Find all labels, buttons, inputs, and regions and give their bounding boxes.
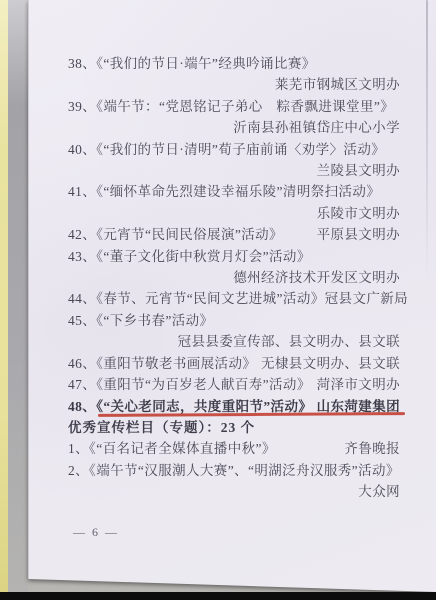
entry-title: 44、《春节、元宵节“民间文艺进城”活动》 <box>68 288 325 309</box>
section-heading: 优秀宣传栏目（专题）：23 个 <box>68 417 400 438</box>
list-entry: 39、《端午节：“党恩铭记子弟心 粽香飘进课堂里”》 沂南县孙祖镇岱庄中心小学 <box>68 96 400 139</box>
list-entry: 47、《重阳节“为百岁老人献百寿”活动》 菏泽市文明办 <box>68 374 400 395</box>
entry-title: 40、《“我们的节日·清明”荀子庙前诵〈劝学〉活动》 <box>68 142 385 157</box>
entry-organization: 齐鲁晚报 <box>344 438 400 459</box>
list-entry: 44、《春节、元宵节“民间文艺进城”活动》 冠县文广新局 <box>68 288 400 309</box>
list-entry: 1、《“百名记者全媒体直播中秋”》 齐鲁晚报 <box>68 438 400 459</box>
list-entry: 42、《元宵节“民间民俗展演”活动》 平原县文明办 <box>68 224 400 245</box>
entry-title: 43、《“董子文化街中秋赏月灯会”活动》 <box>68 249 311 264</box>
entry-organization: 乐陵市文明办 <box>317 206 400 221</box>
entry-organization: 德州经济技术开发区文明办 <box>233 270 400 285</box>
entry-organization: 冠县文广新局 <box>325 288 408 309</box>
entry-organization: 大众网 <box>358 484 400 499</box>
list-entry: 38、《“我们的节日·端午”经典吟诵比赛》 莱芜市钢城区文明办 <box>68 53 400 96</box>
scan-gutter-gray-strip <box>8 0 28 592</box>
paper-fold-edge <box>426 0 428 280</box>
paper-sheet-wrap: 38、《“我们的节日·端午”经典吟诵比赛》 莱芜市钢城区文明办 39、《端午节：… <box>28 0 436 592</box>
list-entry: 46、《重阳节敬老书画展活动》 无棣县文明办、县文联 <box>68 353 400 374</box>
entry-organization: 冠县县委宣传部、县文明办、县文联 <box>178 334 400 349</box>
list-entry: 2、《端午节“汉服潮人大赛”、“明湖泛舟汉服秀”活动》 大众网 <box>68 460 400 503</box>
list-entry: 40、《“我们的节日·清明”荀子庙前诵〈劝学〉活动》 兰陵县文明办 <box>68 139 400 182</box>
entry-title: 42、《元宵节“民间民俗展演”活动》 <box>68 224 283 245</box>
paper-sheet: 38、《“我们的节日·端午”经典吟诵比赛》 莱芜市钢城区文明办 39、《端午节：… <box>28 0 436 592</box>
scanned-document-page: 38、《“我们的节日·端午”经典吟诵比赛》 莱芜市钢城区文明办 39、《端午节：… <box>0 0 436 600</box>
entry-title: 2、《端午节“汉服潮人大赛”、“明湖泛舟汉服秀”活动》 <box>68 463 400 478</box>
entry-title: 38、《“我们的节日·端午”经典吟诵比赛》 <box>68 56 316 71</box>
entry-organization: 沂南县孙祖镇岱庄中心小学 <box>233 120 400 135</box>
scan-bottom-black-edge <box>0 592 436 600</box>
entry-organization: 无棣县文明办、县文联 <box>261 353 400 374</box>
entry-organization: 莱芜市钢城区文明办 <box>275 77 400 92</box>
entry-organization: 兰陵县文明办 <box>317 163 400 178</box>
entry-title: 45、《“下乡书春”活动》 <box>68 313 213 328</box>
list-entry: 41、《“缅怀革命先烈建设幸福乐陵”清明祭扫活动》 乐陵市文明办 <box>68 181 400 224</box>
entry-title: 1、《“百名记者全媒体直播中秋”》 <box>68 438 276 459</box>
list-entry: 48、《“关心老同志，共度重阳节”活动》 山东菏建集团 <box>68 396 400 417</box>
scan-gutter-yellow-strip <box>0 0 8 592</box>
document-content: 38、《“我们的节日·端午”经典吟诵比赛》 莱芜市钢城区文明办 39、《端午节：… <box>68 53 400 543</box>
entry-title: 47、《重阳节“为百岁老人献百寿”活动》 <box>68 374 311 395</box>
entry-organization: 平原县文明办 <box>317 224 400 245</box>
award-list-section-2: 1、《“百名记者全媒体直播中秋”》 齐鲁晚报 2、《端午节“汉服潮人大赛”、“明… <box>68 438 400 502</box>
list-entry: 45、《“下乡书春”活动》 冠县县委宣传部、县文明办、县文联 <box>68 310 400 353</box>
award-list-section-1: 38、《“我们的节日·端午”经典吟诵比赛》 莱芜市钢城区文明办 39、《端午节：… <box>68 53 400 417</box>
list-entry: 43、《“董子文化街中秋赏月灯会”活动》 德州经济技术开发区文明办 <box>68 246 400 289</box>
entry-organization: 菏泽市文明办 <box>317 374 400 395</box>
entry-title: 39、《端午节：“党恩铭记子弟心 粽香飘进课堂里”》 <box>68 99 394 114</box>
entry-title: 41、《“缅怀革命先烈建设幸福乐陵”清明祭扫活动》 <box>68 184 380 199</box>
page-number: — 6 — <box>73 522 400 543</box>
entry-title: 46、《重阳节敬老书画展活动》 <box>68 353 256 374</box>
